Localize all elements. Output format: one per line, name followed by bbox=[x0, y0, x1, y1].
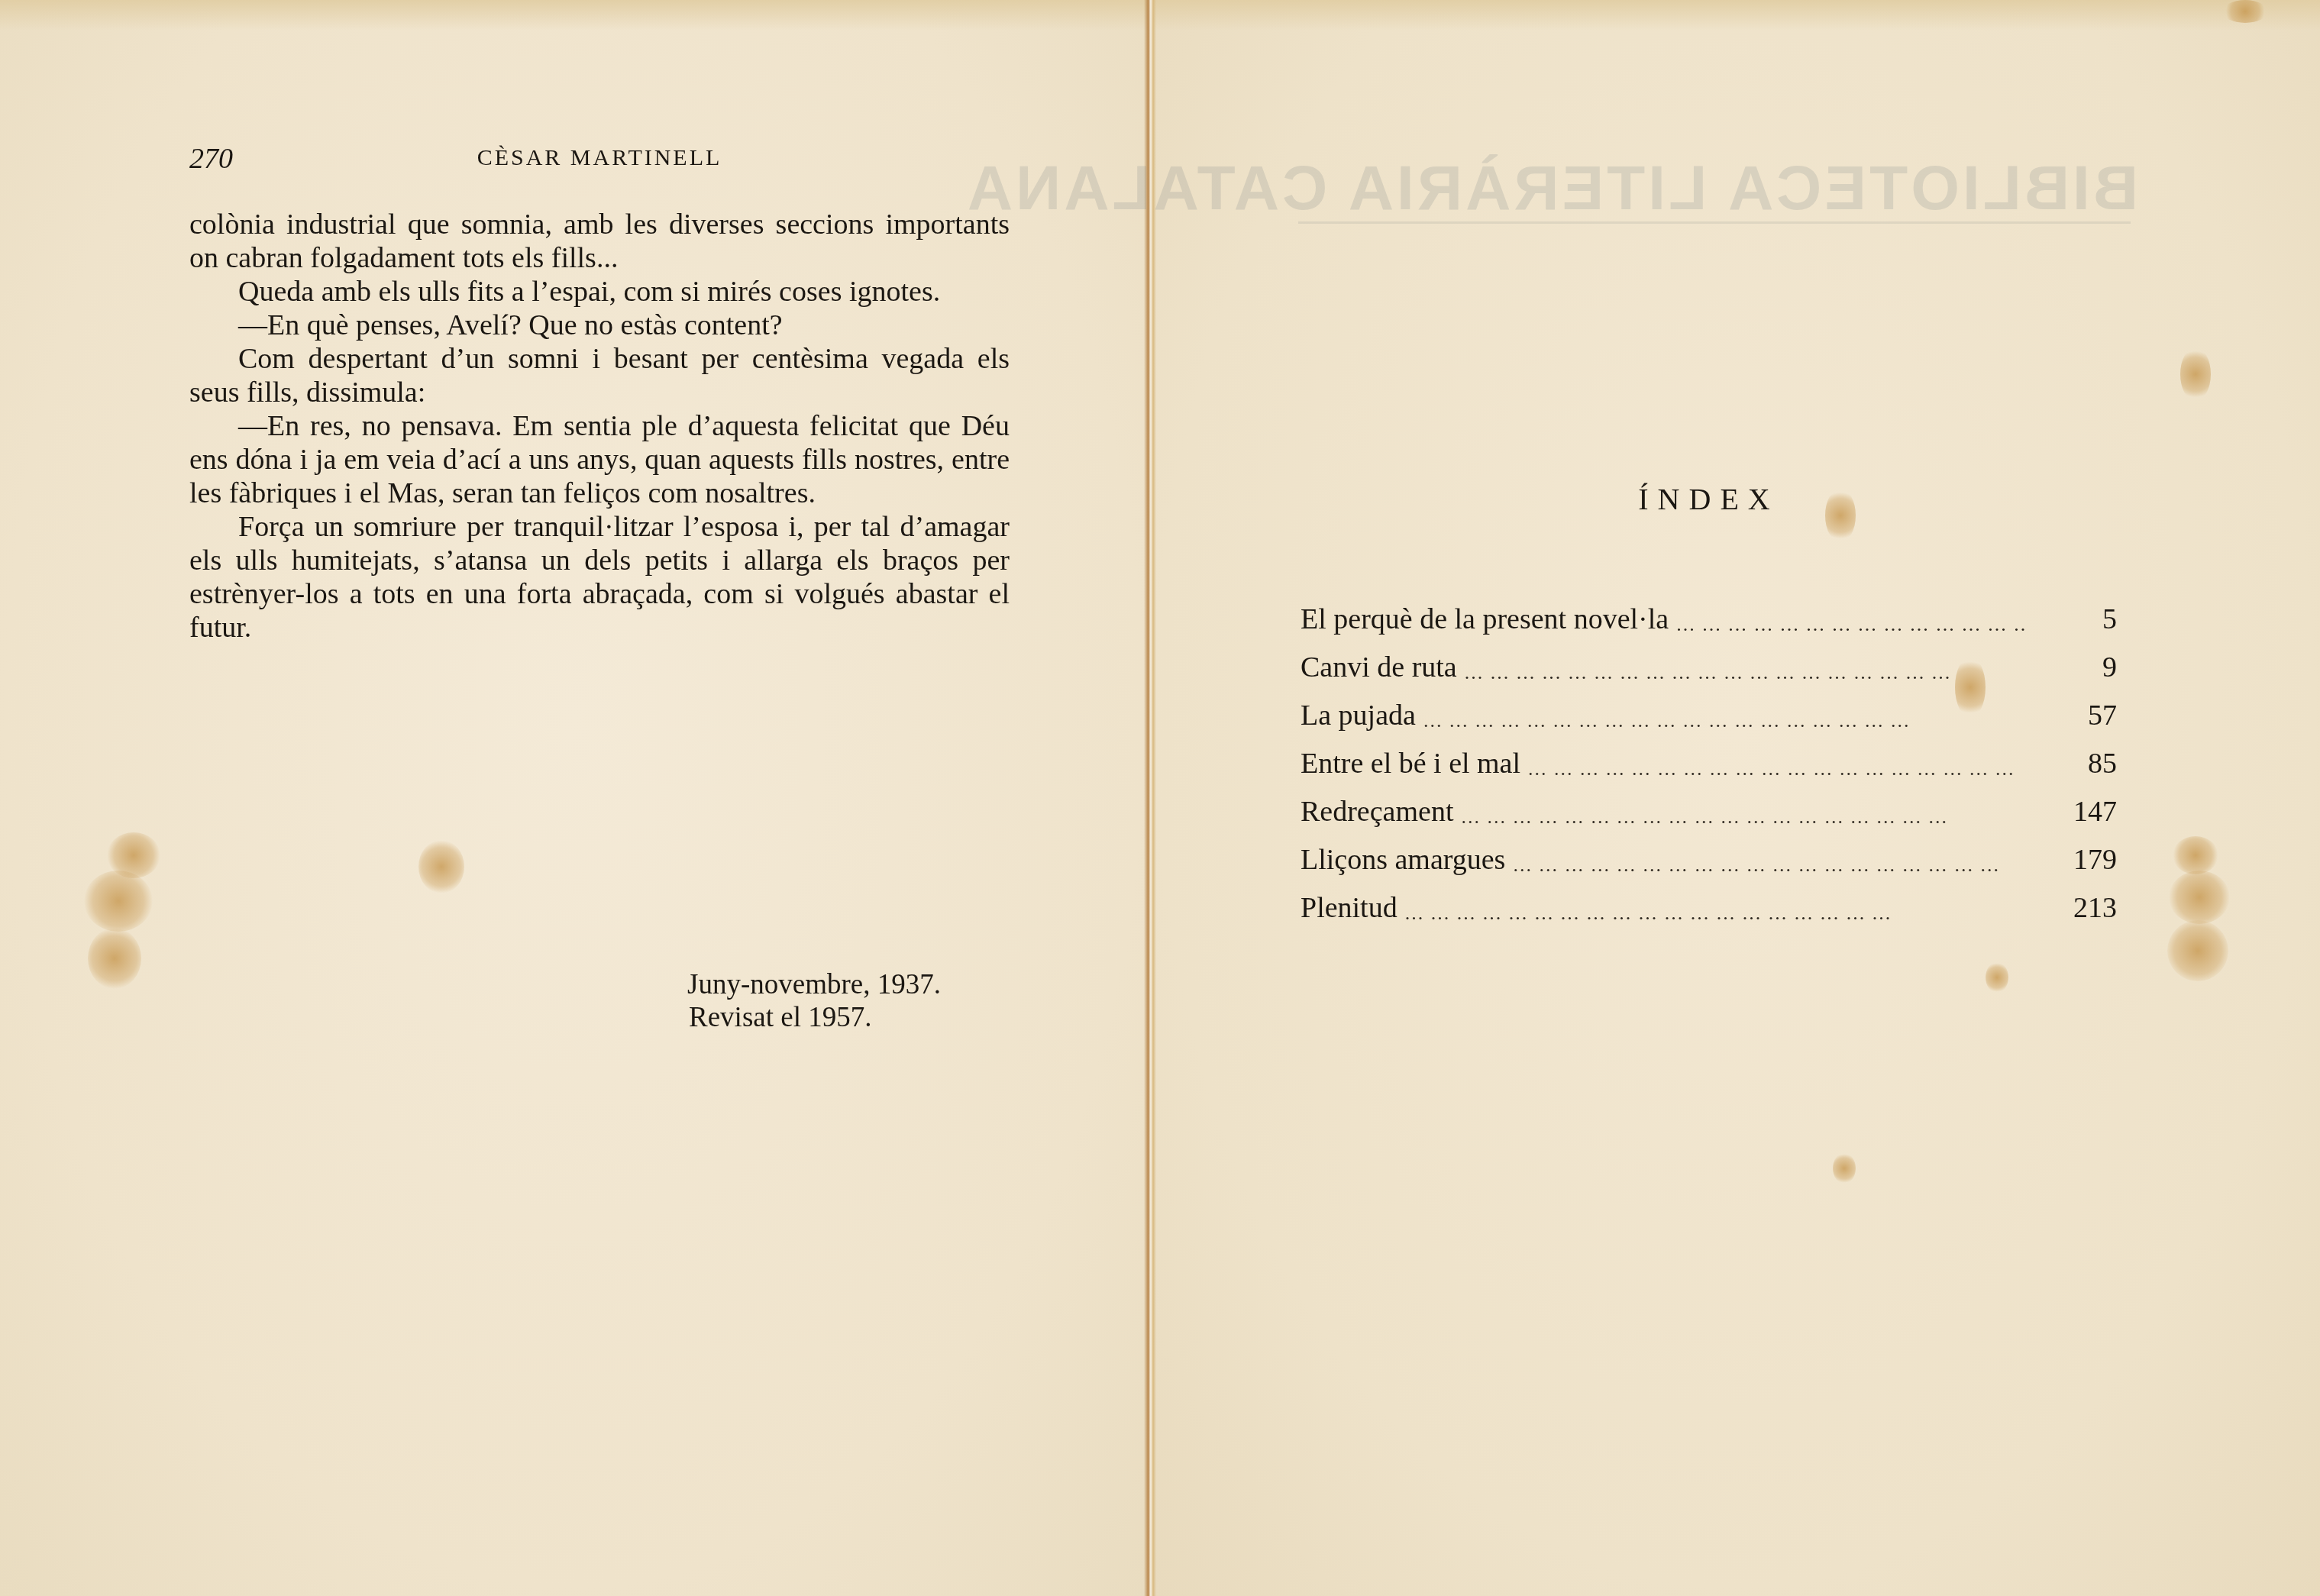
toc-entry-title: Canvi de ruta bbox=[1301, 651, 1457, 684]
toc-entry-title: Redreçament bbox=[1301, 795, 1453, 829]
foxing-stain bbox=[1986, 962, 2008, 993]
toc-entry-title: El perquè de la present novel·la bbox=[1301, 603, 1669, 636]
show-through-header: BIBLIOTECA LITERÀRIA CATALANA bbox=[1291, 153, 2138, 225]
colophon-line: Juny-novembre, 1937. bbox=[687, 968, 939, 1001]
foxing-stain bbox=[84, 871, 153, 932]
dot-leader: ... ... ... ... ... ... ... ... ... ... … bbox=[1513, 854, 2027, 877]
paragraph: Queda amb els ulls fits a l’espai, com s… bbox=[189, 275, 1010, 309]
toc-entry: Redreçament ... ... ... ... ... ... ... … bbox=[1301, 780, 2117, 829]
book-spread: 270 CÈSAR MARTINELL colònia industrial q… bbox=[0, 0, 2320, 1596]
dot-leader: ... ... ... ... ... ... ... ... ... ... … bbox=[1461, 806, 2027, 829]
paragraph: colònia industrial que somnia, amb les d… bbox=[189, 208, 1010, 275]
toc-entry: La pujada ... ... ... ... ... ... ... ..… bbox=[1301, 684, 2117, 732]
dialogue-paragraph: —En res, no pensava. Em sentia ple d’aqu… bbox=[189, 409, 1010, 510]
paragraph: Força un somriure per tranquil·litzar l’… bbox=[189, 510, 1010, 645]
toc-entry: Canvi de ruta ... ... ... ... ... ... ..… bbox=[1301, 636, 2117, 684]
toc-entry: Plenitud ... ... ... ... ... ... ... ...… bbox=[1301, 877, 2117, 925]
toc-entry-page: 5 bbox=[2033, 603, 2117, 636]
show-through-rule bbox=[1298, 221, 2131, 224]
top-edge-discoloration bbox=[0, 0, 2320, 31]
toc-entry-title: Lliçons amargues bbox=[1301, 843, 1505, 877]
foxing-stain bbox=[2169, 871, 2230, 924]
foxing-stain bbox=[2180, 347, 2211, 401]
dot-leader: ... ... ... ... ... ... ... ... ... ... … bbox=[1676, 613, 2027, 636]
body-text: colònia industrial que somnia, amb les d… bbox=[189, 208, 1010, 645]
foxing-stain bbox=[2167, 920, 2228, 981]
toc-entry-page: 9 bbox=[2033, 651, 2117, 684]
colophon-dates: Juny-novembre, 1937. Revisat el 1957. bbox=[687, 968, 939, 1034]
toc-entry-title: Plenitud bbox=[1301, 891, 1397, 925]
foxing-stain bbox=[1833, 1153, 1856, 1184]
toc-entry: Lliçons amargues ... ... ... ... ... ...… bbox=[1301, 829, 2117, 877]
dialogue-paragraph: —En què penses, Avelí? Que no estàs cont… bbox=[189, 309, 1010, 342]
book-gutter bbox=[1144, 0, 1156, 1596]
foxing-stain bbox=[2222, 0, 2268, 23]
toc-entry: El perquè de la present novel·la ... ...… bbox=[1301, 588, 2117, 636]
toc-entry-page: 57 bbox=[2033, 699, 2117, 732]
toc-entry-page: 179 bbox=[2033, 843, 2117, 877]
colophon-line: Revisat el 1957. bbox=[687, 1001, 939, 1034]
foxing-stain bbox=[418, 840, 464, 893]
index-title: ÍNDEX bbox=[1301, 481, 2117, 517]
toc-entry-title: Entre el bé i el mal bbox=[1301, 747, 1520, 780]
toc-entry-page: 85 bbox=[2033, 747, 2117, 780]
running-head: 270 CÈSAR MARTINELL bbox=[189, 142, 1010, 180]
paragraph: Com despertant d’un somni i besant per c… bbox=[189, 342, 1010, 409]
toc-entry-page: 213 bbox=[2033, 891, 2117, 925]
toc-entry-page: 147 bbox=[2033, 795, 2117, 829]
toc-entry: Entre el bé i el mal ... ... ... ... ...… bbox=[1301, 732, 2117, 780]
dot-leader: ... ... ... ... ... ... ... ... ... ... … bbox=[1423, 709, 2027, 732]
foxing-stain bbox=[88, 928, 141, 989]
toc-entry-title: La pujada bbox=[1301, 699, 1416, 732]
foxing-stain bbox=[2173, 836, 2218, 874]
table-of-contents: El perquè de la present novel·la ... ...… bbox=[1301, 588, 2117, 925]
author-header: CÈSAR MARTINELL bbox=[189, 145, 1010, 171]
dot-leader: ... ... ... ... ... ... ... ... ... ... … bbox=[1528, 758, 2027, 780]
dot-leader: ... ... ... ... ... ... ... ... ... ... … bbox=[1465, 661, 2027, 684]
dot-leader: ... ... ... ... ... ... ... ... ... ... … bbox=[1405, 902, 2027, 925]
